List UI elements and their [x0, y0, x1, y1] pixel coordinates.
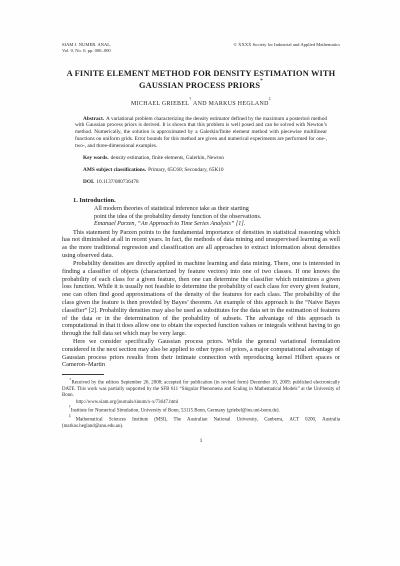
author-2: MARKUS HEGLAND: [209, 101, 269, 107]
abstract-text: A variational problem characterizing the…: [75, 116, 327, 149]
quote-attribution: Emanuel Parzen, “An Approach to Time Ser…: [94, 221, 320, 228]
keywords-label: Key words.: [83, 155, 109, 161]
paper-title: A FINITE ELEMENT METHOD FOR DENSITY ESTI…: [62, 69, 340, 92]
body-paragraph-2: Probability densities are directly appli…: [62, 260, 340, 338]
quote-line1: All modern theories of statistical infer…: [94, 206, 320, 213]
paper-title-line2-text: GAUSSIAN PROCESS PRIORS: [139, 81, 260, 90]
author-1-marker: †: [189, 97, 191, 101]
journal-header: SIAM J. NUMER. ANAL. Vol. 0, No. 0, pp. …: [62, 42, 340, 54]
ams-text: Primary, 65C60; Secondary, 65K10: [148, 167, 223, 173]
epigraph-quote: All modern theories of statistical infer…: [94, 206, 320, 228]
abstract-label: Abstract.: [83, 116, 104, 122]
doi-text: 10.1137/080736478: [96, 179, 138, 185]
journal-copyright: © XXXX Society for Industrial and Applie…: [234, 42, 340, 54]
footnotes: ∗Received by the editors September 26, 2…: [62, 378, 340, 431]
doi-line: DOI.10.1137/080736478: [75, 179, 327, 186]
footnote-received: ∗Received by the editors September 26, 2…: [62, 378, 340, 400]
footnote-dagger-marker: †: [69, 405, 71, 409]
body-paragraph-3: Here we consider specifically Gaussian p…: [62, 338, 340, 369]
ams-classifications-line: AMS subject classifications.Primary, 65C…: [75, 167, 327, 174]
doi-label: DOI.: [83, 179, 94, 185]
journal-header-left: SIAM J. NUMER. ANAL. Vol. 0, No. 0, pp. …: [62, 42, 111, 54]
keywords-text: density estimation, finite elements, Gal…: [111, 155, 224, 161]
footnote-star-marker: ∗: [69, 377, 72, 381]
journal-volume-line: Vol. 0, No. 0, pp. 000–000: [62, 48, 111, 54]
body-paragraph-1: This statement by Parzen points to the f…: [62, 229, 340, 260]
abstract: Abstract.A variational problem character…: [75, 116, 327, 150]
footnote-star-text: Received by the editors September 26, 20…: [62, 380, 340, 398]
page-number: 1: [62, 438, 340, 444]
author-2-marker: ‡: [269, 97, 271, 101]
authors-line: MICHAEL GRIEBEL† AND MARKUS HEGLAND‡: [62, 99, 340, 107]
ams-label: AMS subject classifications.: [83, 167, 146, 173]
section-heading-introduction: 1. Introduction.: [62, 197, 340, 204]
footnote-dagger-text: Institute for Numerical Simulation, Univ…: [71, 409, 280, 414]
footnote-affiliation-2: ‡Mathematical Sciences Institute (MSI), …: [62, 415, 340, 431]
title-footnote-marker: *: [260, 78, 263, 84]
footnote-ddagger-text: Mathematical Sciences Institute (MSI), T…: [62, 418, 340, 429]
author-1: MICHAEL GRIEBEL: [131, 101, 189, 107]
authors-conjunction: AND: [192, 101, 209, 107]
footnote-affiliation-1: †Institute for Numerical Simulation, Uni…: [62, 406, 340, 415]
keywords-line: Key words.density estimation, finite ele…: [75, 155, 327, 162]
paper-title-line2: GAUSSIAN PROCESS PRIORS*: [62, 80, 340, 92]
footnote-rule: [62, 374, 104, 375]
paper-page: SIAM J. NUMER. ANAL. Vol. 0, No. 0, pp. …: [0, 0, 400, 566]
text-block: SIAM J. NUMER. ANAL. Vol. 0, No. 0, pp. …: [62, 42, 340, 444]
paper-title-line1: A FINITE ELEMENT METHOD FOR DENSITY ESTI…: [62, 69, 340, 80]
footnote-ddagger-marker: ‡: [69, 414, 76, 418]
